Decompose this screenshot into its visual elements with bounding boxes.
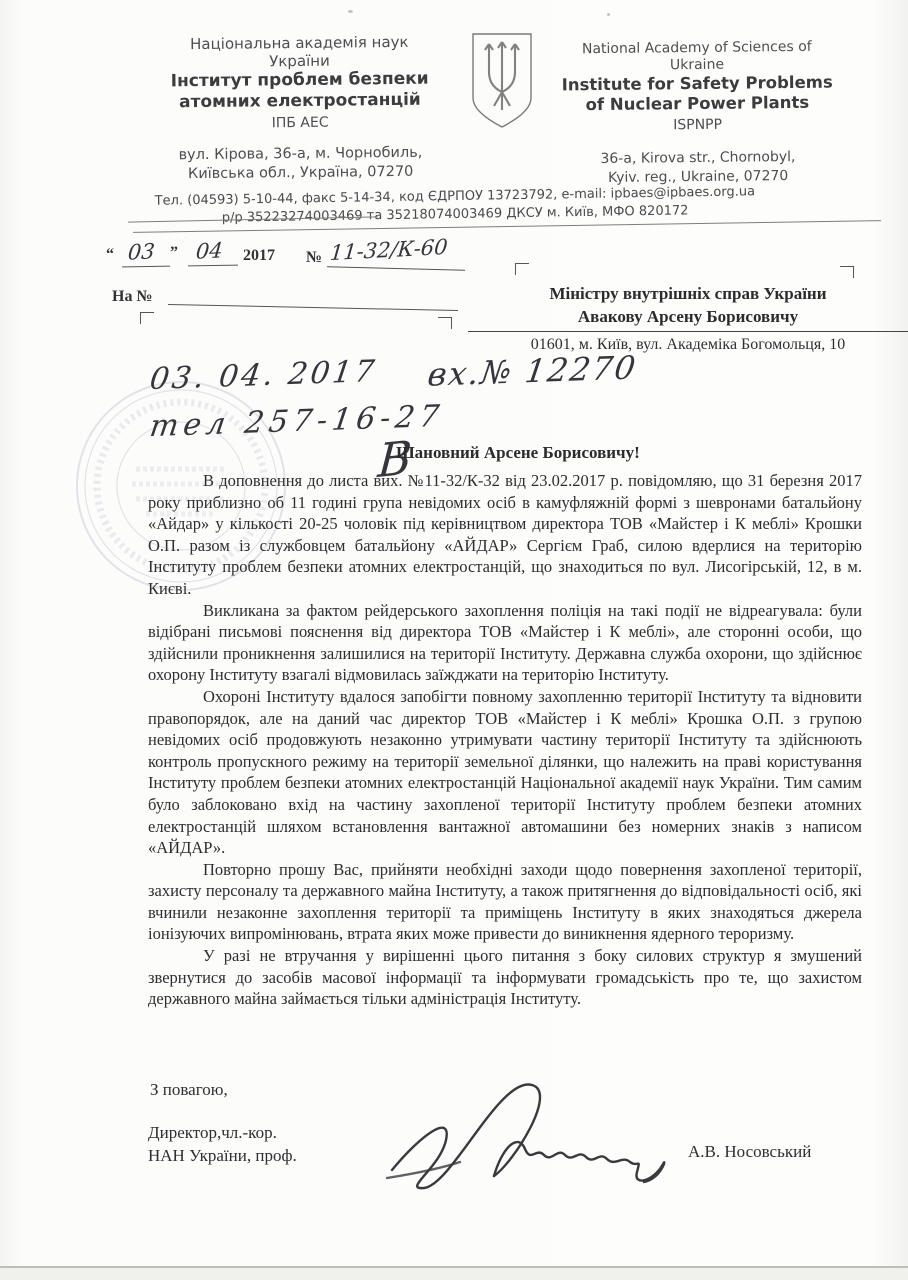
handwritten-day: 03 [127, 239, 156, 265]
scan-speck [607, 13, 610, 16]
body-paragraph: Охороні Інституту вдалося запобігти повн… [148, 686, 862, 859]
day-underline [122, 266, 170, 268]
corner-mark-left [140, 312, 154, 324]
greeting-line: Шановний Арсене Борисовичу! [396, 443, 640, 463]
org-name-line-en: National Academy of Sciences of [544, 38, 849, 58]
ukraine-trident-emblem-icon [470, 32, 534, 135]
printed-year: 2017 [243, 247, 275, 265]
signer-title-line: НАН України, проф. [148, 1144, 297, 1167]
org-name-line: Національна академія наук [149, 32, 449, 53]
reply-reference-label: На № [112, 288, 153, 306]
scan-speck [348, 10, 353, 13]
scan-edge-footer [0, 1268, 908, 1280]
number-underline [327, 266, 465, 271]
handwritten-month: 04 [195, 238, 224, 264]
date-close-quote: ” [170, 244, 178, 262]
handwritten-incoming-number: вх.№ 12270 [425, 348, 639, 394]
contact-info: Тел. (04593) 5-10-44, факс 5-14-34, код … [90, 182, 820, 228]
closing-salutation: З повагою, [150, 1080, 228, 1100]
date-open-quote: “ [106, 246, 114, 264]
outgoing-number-label: № [306, 249, 322, 267]
handwritten-outgoing-number: 11-32/К-60 [329, 235, 449, 265]
letterhead-english: National Academy of Sciences of Ukraine … [544, 38, 851, 188]
addressee-underline [468, 331, 908, 332]
letterhead-ukrainian: Національна академія наук України Інстит… [149, 32, 451, 184]
addressee-title: Міністру внутрішніх справ України [468, 282, 908, 305]
letter-body: В доповнення до листа вих. №11-32/К-32 в… [148, 470, 862, 1010]
addressee-block: Міністру внутрішніх справ України Аваков… [468, 282, 908, 354]
handwritten-registration-date: 03. 04. 2017 [148, 354, 380, 397]
director-signature [382, 1078, 677, 1201]
institute-name-line: атомних електростанцій [150, 89, 450, 113]
institute-abbreviation-en: ISPNPP [545, 113, 850, 136]
month-underline [188, 265, 238, 267]
signer-title: Директор,чл.-кор. НАН України, проф. [148, 1121, 297, 1167]
institute-address-line: Київська обл., Україна, 07270 [151, 162, 451, 184]
signer-name: А.В. Носовський [688, 1142, 811, 1162]
institute-name-line-en: of Nuclear Power Plants [545, 92, 850, 115]
reply-reference-blank-line [168, 304, 458, 311]
body-paragraph: У разі не втручання у вирішенні цього пи… [148, 945, 862, 1010]
corner-mark-right [438, 317, 452, 329]
corner-mark-left [515, 263, 529, 275]
body-paragraph: В доповнення до листа вих. №11-32/К-32 в… [148, 470, 862, 600]
body-paragraph: Повторно прошу Вас, прийняти необхідні з… [148, 859, 862, 945]
institute-abbreviation: ІПБ АЕС [150, 111, 450, 134]
signer-title-line: Директор,чл.-кор. [148, 1121, 297, 1144]
body-paragraph: Викликана за фактом рейдерського захопле… [148, 600, 862, 686]
scanned-letter-page: Національна академія наук України Інстит… [0, 0, 908, 1280]
corner-mark-right [840, 266, 854, 278]
addressee-name: Авакову Арсену Борисовичу [468, 305, 908, 328]
